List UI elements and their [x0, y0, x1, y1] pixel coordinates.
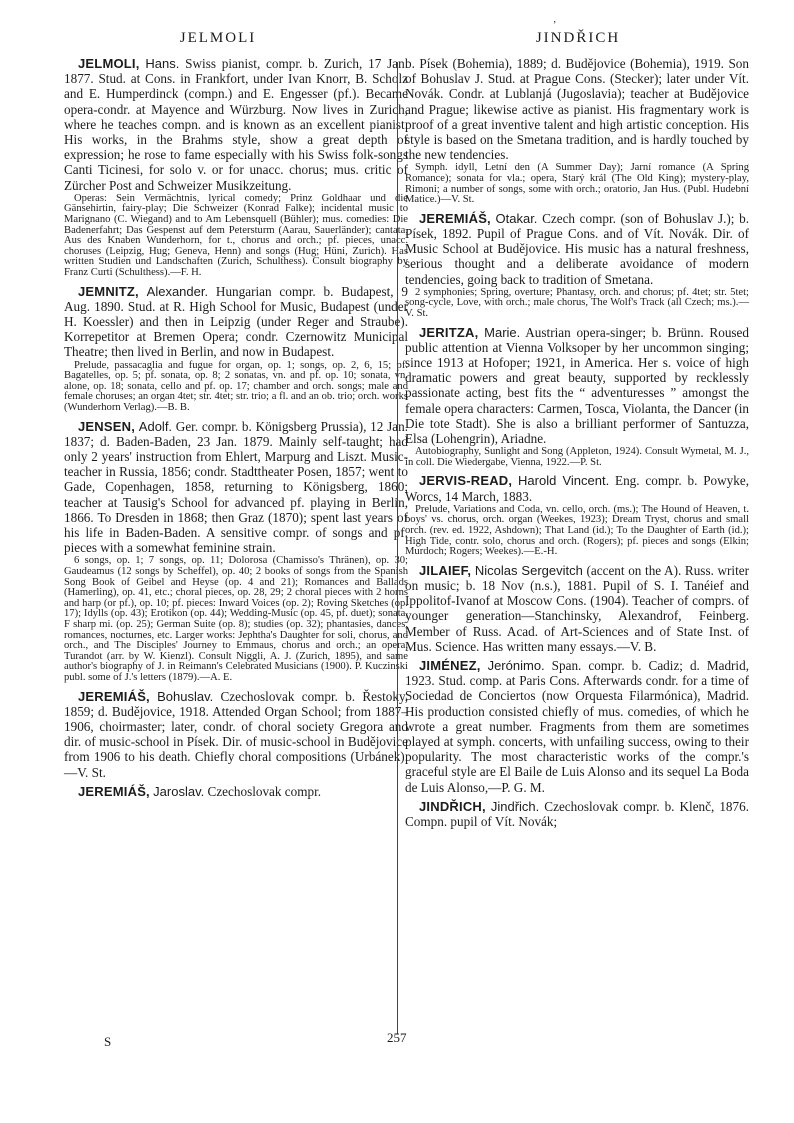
dictionary-entry: JILAIEF, Nicolas Sergevitch (accent on t… — [405, 563, 749, 654]
dictionary-entry: JERITZA, Marie. Austrian opera-singer; b… — [405, 325, 749, 469]
dictionary-entry: JIMÉNEZ, Jerónimo. Span. compr. b. Cadiz… — [405, 658, 749, 795]
entry-body: JILAIEF, Nicolas Sergevitch (accent on t… — [405, 563, 749, 654]
entry-forename: Nicolas Sergevitch — [475, 563, 583, 578]
dictionary-page: ʼ JELMOLI JINDŘICH JELMOLI, Hans. Swiss … — [0, 0, 794, 1123]
entry-headword: JENSEN, — [78, 419, 135, 434]
column-divider — [397, 62, 398, 1034]
entry-forename: Bohuslav. — [157, 689, 213, 704]
entry-body: JEREMIÁŠ, Otakar. Czech compr. (son of B… — [405, 211, 749, 287]
dictionary-entry: JENSEN, Adolf. Ger. compr. b. Königsberg… — [64, 419, 408, 684]
entry-headword: JINDŘICH, — [419, 799, 486, 814]
entry-body: JEREMIÁŠ, Jaroslav. Czechoslovak compr. — [64, 784, 408, 799]
entry-headword: JERVIS-READ, — [419, 473, 512, 488]
entry-headword: JEREMIÁŠ, — [78, 784, 150, 799]
signature-mark: S — [104, 1034, 111, 1050]
entry-body: JERITZA, Marie. Austrian opera-singer; b… — [405, 325, 749, 447]
dictionary-entry: JERVIS-READ, Harold Vincent. Eng. compr.… — [405, 473, 749, 557]
entry-body: JIMÉNEZ, Jerónimo. Span. compr. b. Cadiz… — [405, 658, 749, 795]
entry-works-list: Prelude, passacaglia and fugue for organ… — [64, 361, 408, 414]
left-column: JELMOLI, Hans. Swiss pianist, compr. b. … — [64, 56, 408, 803]
entry-body: JINDŘICH, Jindřich. Czechoslovak compr. … — [405, 799, 749, 829]
entry-text: Span. compr. b. Cadiz; d. Madrid, 1923. … — [405, 658, 749, 795]
dictionary-entry: JELMOLI, Hans. Swiss pianist, compr. b. … — [64, 56, 408, 279]
entry-forename: Harold Vincent. — [518, 473, 609, 488]
entry-headword: JERITZA, — [419, 325, 478, 340]
running-head-left: JELMOLI — [38, 30, 398, 47]
page-number: 257 — [387, 1030, 407, 1046]
entry-forename: Jaroslav. — [153, 784, 204, 799]
entry-body: JELMOLI, Hans. Swiss pianist, compr. b. … — [64, 56, 408, 193]
entry-text: Czechoslovak compr. — [204, 784, 321, 799]
entry-works-list: 6 songs, op. 1; 7 songs, op. 11; Doloros… — [64, 556, 408, 683]
entry-text: b. Písek (Bohemia), 1889; d. Budějovice … — [405, 56, 749, 162]
dictionary-entry: b. Písek (Bohemia), 1889; d. Budějovice … — [405, 56, 749, 206]
entry-works-list: 2 symphonies; Spring, overture; Phantasy… — [405, 288, 749, 320]
entry-body: JERVIS-READ, Harold Vincent. Eng. compr.… — [405, 473, 749, 503]
entry-forename: Jindřich. — [491, 799, 539, 814]
entry-works-list: Prelude, Variations and Coda, vn. cello,… — [405, 505, 749, 558]
entry-headword: JEREMIÁŠ, — [419, 211, 491, 226]
entry-body: JEMNITZ, Alexander. Hungarian compr. b. … — [64, 284, 408, 360]
entry-forename: Marie. — [484, 325, 520, 340]
entry-works-list: Operas: Sein Vermächtnis, lyrical comedy… — [64, 194, 408, 279]
dictionary-entry: JEREMIÁŠ, Bohuslav. Czechoslovak compr. … — [64, 689, 408, 780]
entry-headword: JEMNITZ, — [78, 284, 139, 299]
entry-forename: Alexander. — [147, 284, 208, 299]
entry-text: Austrian opera-singer; b. Brünn. Roused … — [405, 325, 749, 446]
entry-forename: Jerónimo. — [488, 658, 545, 673]
right-column: b. Písek (Bohemia), 1889; d. Budějovice … — [405, 56, 749, 833]
entry-headword: JILAIEF, — [419, 563, 471, 578]
dictionary-entry: JINDŘICH, Jindřich. Czechoslovak compr. … — [405, 799, 749, 829]
entry-text: Ger. compr. b. Königsberg Prussia), 12 J… — [64, 419, 408, 556]
entry-headword: JIMÉNEZ, — [419, 658, 481, 673]
entry-body: JEREMIÁŠ, Bohuslav. Czechoslovak compr. … — [64, 689, 408, 780]
dictionary-entry: JEREMIÁŠ, Otakar. Czech compr. (son of B… — [405, 211, 749, 320]
dictionary-entry: JEREMIÁŠ, Jaroslav. Czechoslovak compr. — [64, 784, 408, 799]
entry-forename: Hans. — [145, 56, 179, 71]
entry-forename: Otakar. — [496, 211, 538, 226]
entry-body: b. Písek (Bohemia), 1889; d. Budějovice … — [405, 56, 749, 162]
entry-body: JENSEN, Adolf. Ger. compr. b. Königsberg… — [64, 419, 408, 556]
entry-headword: JELMOLI, — [78, 56, 140, 71]
running-head-right: JINDŘICH — [398, 30, 758, 47]
entry-works-list: Autobiography, Sunlight and Song (Applet… — [405, 447, 749, 468]
dictionary-entry: JEMNITZ, Alexander. Hungarian compr. b. … — [64, 284, 408, 414]
entry-headword: JEREMIÁŠ, — [78, 689, 150, 704]
entry-works-list: Symph. idyll, Letní den (A Summer Day); … — [405, 163, 749, 205]
entry-text: Swiss pianist, compr. b. Zurich, 17 Jan.… — [64, 56, 408, 193]
entry-forename: Adolf. — [139, 419, 172, 434]
